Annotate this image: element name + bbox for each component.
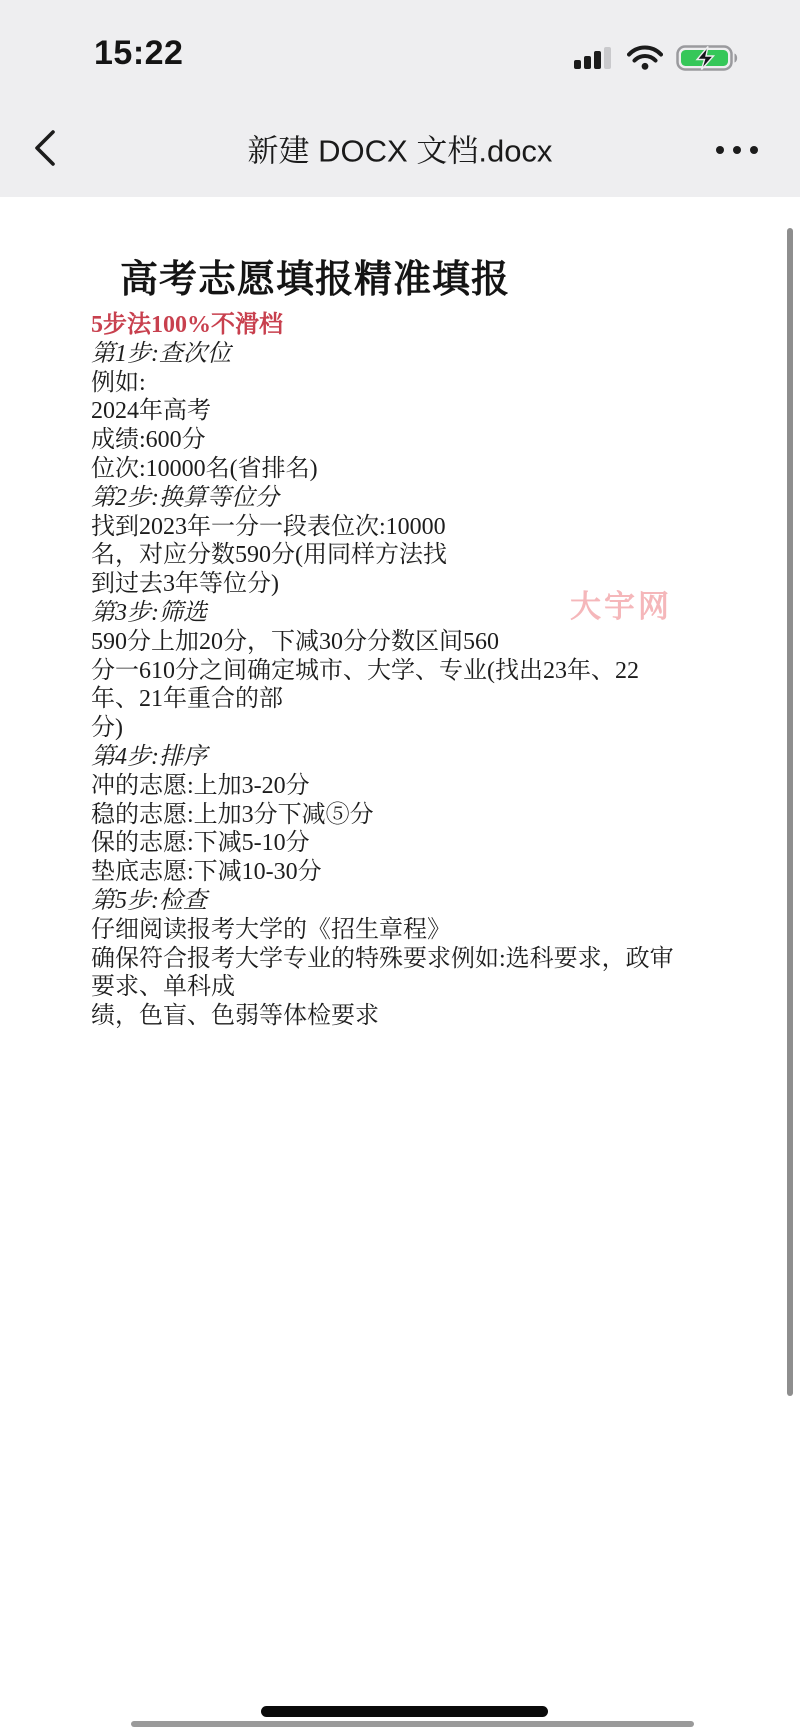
doc-line: 保的志愿:下减5-10分 [91, 829, 740, 858]
doc-line: 名，对应分数590分(用同样方法找 [91, 541, 740, 570]
doc-line: 位次:10000名(省排名) [91, 455, 740, 484]
doc-line: 590分上加20分，下减30分分数区间560 [91, 628, 740, 657]
ellipsis-icon [716, 146, 724, 154]
wifi-icon [627, 45, 663, 71]
header: 15:22 [0, 0, 800, 198]
document-page: 高考志愿填报精准填报 5步法100%不滑档第1步:查次位例如:2024年高考成绩… [0, 197, 800, 1031]
doc-line: 第1步:查次位 [91, 340, 740, 369]
ellipsis-icon [733, 146, 741, 154]
doc-line: 分) [91, 714, 740, 743]
page-title: 高考志愿填报精准填报 [120, 257, 740, 303]
doc-line: 例如: [91, 369, 740, 398]
status-icons [574, 44, 740, 72]
doc-line: 年、21年重合的部 [91, 685, 740, 714]
doc-line: 绩，色盲、色弱等体检要求 [91, 1002, 740, 1031]
doc-line: 冲的志愿:上加3-20分 [91, 772, 740, 801]
doc-line: 垫底志愿:下减10-30分 [91, 858, 740, 887]
doc-line: 找到2023年一分一段表位次:10000 [91, 513, 740, 542]
doc-line: 第2步:换算等位分 [91, 484, 740, 513]
status-time: 15:22 [94, 34, 183, 73]
doc-line: 第4步:排序 [91, 743, 740, 772]
doc-line: 仔细阅读报考大学的《招生章程》 [91, 916, 740, 945]
doc-line: 稳的志愿:上加3分下减⑤分 [91, 801, 740, 830]
doc-line: 要求、单科成 [91, 973, 740, 1002]
document-title: 新建 DOCX 文档.docx [0, 125, 800, 170]
watermark: 大宇网 [570, 581, 672, 626]
document-view[interactable]: 高考志愿填报精准填报 5步法100%不滑档第1步:查次位例如:2024年高考成绩… [0, 197, 800, 1734]
vertical-scrollbar[interactable] [787, 228, 793, 1396]
nav-bar: 新建 DOCX 文档.docx [0, 100, 800, 197]
phone-screen: 15:22 [0, 0, 800, 1734]
home-indicator[interactable] [261, 1706, 548, 1717]
ellipsis-icon [750, 146, 758, 154]
doc-line: 成绩:600分 [91, 426, 740, 455]
doc-line: 第5步:检查 [91, 887, 740, 916]
horizontal-scrollbar[interactable] [131, 1721, 694, 1727]
battery-charging-icon [676, 44, 740, 72]
doc-lines: 5步法100%不滑档第1步:查次位例如:2024年高考成绩:600分位次:100… [91, 311, 740, 1031]
doc-line: 分一610分之间确定城市、大学、专业(找出23年、22 [91, 657, 740, 686]
doc-line: 5步法100%不滑档 [91, 311, 740, 340]
cellular-signal-icon [574, 45, 614, 71]
more-button[interactable] [712, 130, 762, 170]
doc-line: 确保符合报考大学专业的特殊要求例如:选科要求，政审 [91, 945, 740, 974]
doc-line: 2024年高考 [91, 397, 740, 426]
